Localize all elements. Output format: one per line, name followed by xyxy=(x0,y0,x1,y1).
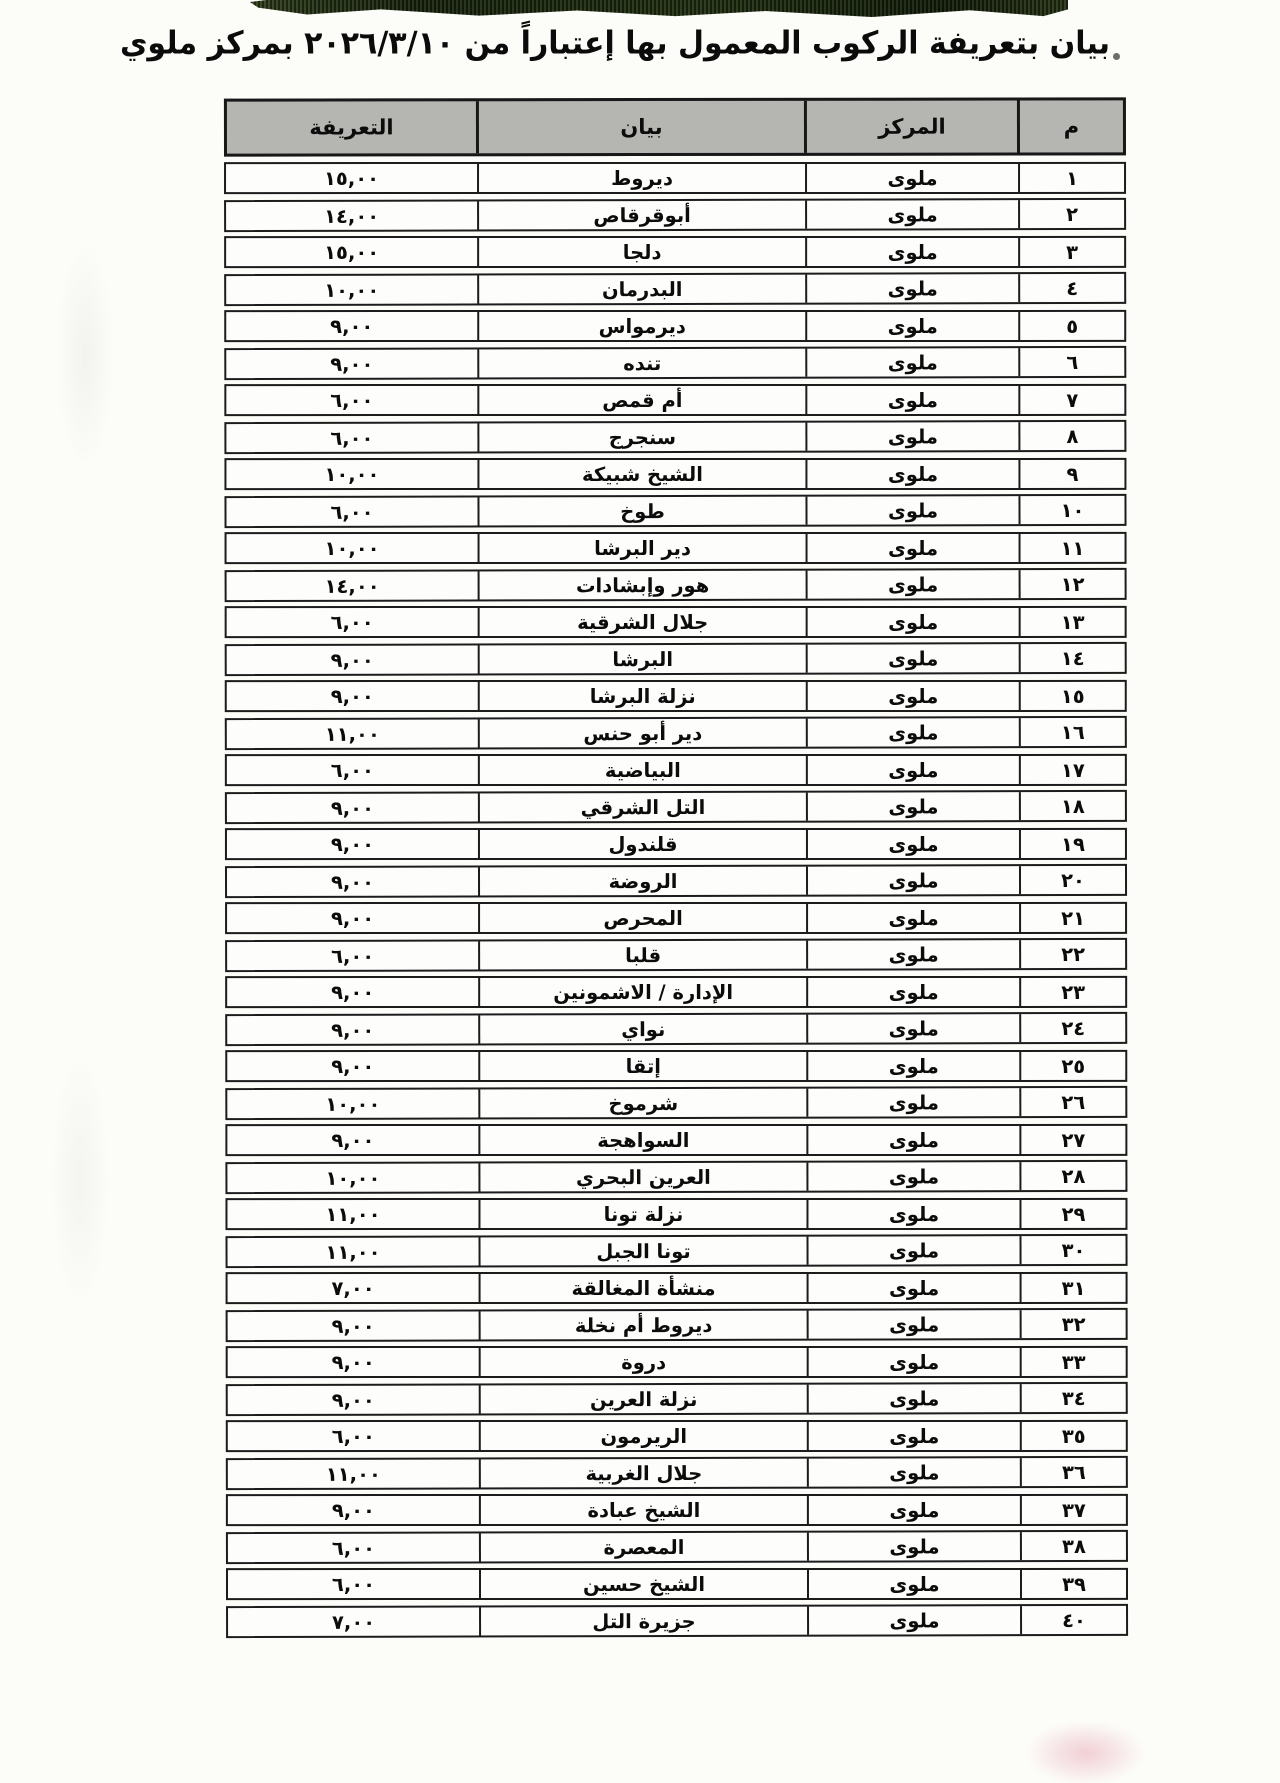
location-cell: البرشا xyxy=(478,645,806,674)
row-number-cell: ٢١ xyxy=(1019,904,1125,932)
location-cell: سنجرج xyxy=(477,423,805,452)
location-cell: أم قمص xyxy=(477,386,805,414)
table-row: ٢٨ ملوى العرين البحري ١٠,٠٠ xyxy=(225,1160,1127,1194)
center-cell: ملوى xyxy=(806,1088,1019,1117)
location-cell: الروضة xyxy=(478,867,806,896)
row-number-cell: ١٧ xyxy=(1019,756,1125,784)
row-number-cell: ٤ xyxy=(1018,274,1124,302)
location-cell: البدرمان xyxy=(477,275,805,304)
scan-margin-shading xyxy=(55,240,115,470)
table-row: ١٧ ملوى البياضية ٦,٠٠ xyxy=(225,754,1127,786)
header-fare: التعريفة xyxy=(227,101,476,153)
table-row: ١٩ ملوى قلندول ٩,٠٠ xyxy=(225,828,1127,860)
fare-cell: ٩,٠٠ xyxy=(227,978,478,1006)
center-cell: ملوى xyxy=(806,570,1019,599)
location-cell: دير البرشا xyxy=(478,534,806,562)
table-row: ٢٦ ملوى شرموخ ١٠,٠٠ xyxy=(225,1086,1127,1120)
fare-cell: ٦,٠٠ xyxy=(226,386,477,414)
location-cell: أبوقرقاص xyxy=(477,201,805,230)
location-cell: الشيخ شبيكة xyxy=(477,460,805,488)
fare-cell: ٩,٠٠ xyxy=(228,1385,479,1414)
center-cell: ملوى xyxy=(807,1458,1020,1487)
fare-cell: ٩,٠٠ xyxy=(227,830,478,858)
center-cell: ملوى xyxy=(805,386,1018,414)
row-number-cell: ٣٧ xyxy=(1020,1496,1126,1524)
center-cell: ملوى xyxy=(807,1570,1020,1598)
fare-cell: ٦,٠٠ xyxy=(227,941,478,970)
center-cell: ملوى xyxy=(805,348,1018,377)
center-cell: ملوى xyxy=(806,1052,1019,1080)
table-row: ٢٣ ملوى الإدارة / الاشمونين ٩,٠٠ xyxy=(225,976,1127,1008)
center-cell: ملوى xyxy=(805,496,1018,525)
fare-cell: ١٠,٠٠ xyxy=(227,1163,478,1192)
row-number-cell: ٣٤ xyxy=(1020,1384,1126,1412)
location-cell: دلجا xyxy=(477,238,805,266)
fare-cell: ٩,٠٠ xyxy=(226,312,477,340)
fare-cell: ١١,٠٠ xyxy=(228,1459,479,1488)
fare-cell: ١٠,٠٠ xyxy=(226,460,477,488)
fare-cell: ١١,٠٠ xyxy=(227,1200,478,1228)
location-cell: الشيخ عبادة xyxy=(479,1496,807,1524)
center-cell: ملوى xyxy=(806,608,1019,636)
fare-cell: ٩,٠٠ xyxy=(228,1311,479,1340)
table-row: ٢٠ ملوى الروضة ٩,٠٠ xyxy=(225,864,1127,898)
table-row: ١٥ ملوى نزلة البرشا ٩,٠٠ xyxy=(225,680,1127,712)
fare-cell: ٩,٠٠ xyxy=(226,349,477,378)
row-number-cell: ٢٧ xyxy=(1019,1126,1125,1154)
location-cell: طوخ xyxy=(477,497,805,526)
center-cell: ملوى xyxy=(807,1274,1020,1302)
table-row: ٣٩ ملوى الشيخ حسين ٦,٠٠ xyxy=(226,1568,1128,1600)
fare-cell: ١١,٠٠ xyxy=(227,719,478,748)
row-number-cell: ١ xyxy=(1018,164,1124,192)
fare-cell: ١٥,٠٠ xyxy=(226,238,477,266)
row-number-cell: ٣١ xyxy=(1020,1274,1126,1302)
center-cell: ملوى xyxy=(805,200,1018,229)
center-cell: ملوى xyxy=(807,1310,1020,1339)
scan-margin-shading xyxy=(50,1050,110,1310)
location-cell: جزيرة التل xyxy=(479,1607,807,1636)
center-cell: ملوى xyxy=(805,238,1018,266)
location-cell: نزلة تونا xyxy=(478,1200,806,1228)
center-cell: ملوى xyxy=(805,422,1018,451)
row-number-cell: ٢٩ xyxy=(1019,1200,1125,1228)
table-row: ٣١ ملوى منشأة المغالقة ٧,٠٠ xyxy=(226,1272,1128,1304)
row-number-cell: ٧ xyxy=(1018,386,1124,414)
scan-artifact-green-strip xyxy=(250,0,1068,17)
location-cell: قلندول xyxy=(478,830,806,858)
center-cell: ملوى xyxy=(806,1126,1019,1154)
center-cell: ملوى xyxy=(806,644,1019,673)
row-number-cell: ١٥ xyxy=(1019,682,1125,710)
center-cell: ملوى xyxy=(806,1014,1019,1043)
center-cell: ملوى xyxy=(806,830,1019,858)
center-cell: ملوى xyxy=(807,1422,1020,1450)
table-row: ٦ ملوى تنده ٩,٠٠ xyxy=(224,346,1126,380)
location-cell: تنده xyxy=(477,349,805,378)
fare-cell: ٩,٠٠ xyxy=(227,645,478,674)
fare-cell: ٦,٠٠ xyxy=(227,756,478,784)
scanned-document-page: { "page": { "title": "بيان بتعريفة الركو… xyxy=(0,0,1280,1783)
location-cell: المحرص xyxy=(478,904,806,932)
table-row: ٣ ملوى دلجا ١٥,٠٠ xyxy=(224,236,1126,268)
location-cell: الشيخ حسين xyxy=(479,1570,807,1598)
fare-cell: ٦,٠٠ xyxy=(228,1570,479,1598)
row-number-cell: ٣٣ xyxy=(1020,1348,1126,1376)
fare-cell: ٦,٠٠ xyxy=(226,497,477,526)
table-row: ٢١ ملوى المحرص ٩,٠٠ xyxy=(225,902,1127,934)
center-cell: ملوى xyxy=(807,1496,1020,1524)
location-cell: البياضية xyxy=(478,756,806,784)
table-row: ٣٤ ملوى نزلة العرين ٩,٠٠ xyxy=(226,1382,1128,1416)
center-cell: ملوى xyxy=(806,534,1019,562)
scan-speck xyxy=(1113,53,1120,60)
fare-cell: ٩,٠٠ xyxy=(228,1348,479,1376)
table-row: ٣٢ ملوى ديروط أم نخلة ٩,٠٠ xyxy=(226,1308,1128,1342)
fare-cell: ٩,٠٠ xyxy=(227,1126,478,1154)
table-row: ١٦ ملوى دير أبو حنس ١١,٠٠ xyxy=(225,716,1127,750)
location-cell: ديرمواس xyxy=(477,312,805,340)
table-row: ٣٨ ملوى المعصرة ٦,٠٠ xyxy=(226,1530,1128,1564)
table-row: ٣٦ ملوى جلال الغربية ١١,٠٠ xyxy=(226,1456,1128,1490)
fare-cell: ١٠,٠٠ xyxy=(227,534,478,562)
location-cell: ديروط xyxy=(477,164,805,192)
table-row: ٢٤ ملوى نواي ٩,٠٠ xyxy=(225,1012,1127,1046)
fare-cell: ١٠,٠٠ xyxy=(227,1089,478,1118)
table-row: ١٠ ملوى طوخ ٦,٠٠ xyxy=(224,494,1126,528)
row-number-cell: ٩ xyxy=(1018,460,1124,488)
location-cell: ديروط أم نخلة xyxy=(479,1311,807,1340)
row-number-cell: ٦ xyxy=(1018,348,1124,376)
row-number-cell: ١٣ xyxy=(1019,608,1125,636)
table-row: ١٨ ملوى التل الشرقي ٩,٠٠ xyxy=(225,790,1127,824)
location-cell: الإدارة / الاشمونين xyxy=(478,978,806,1006)
table-row: ٧ ملوى أم قمص ٦,٠٠ xyxy=(224,384,1126,416)
row-number-cell: ٤٠ xyxy=(1020,1606,1126,1634)
center-cell: ملوى xyxy=(806,792,1019,821)
scan-pink-smudge xyxy=(1028,1722,1143,1783)
table-row: ١٣ ملوى جلال الشرقية ٦,٠٠ xyxy=(225,606,1127,638)
row-number-cell: ١٨ xyxy=(1019,792,1125,820)
fare-cell: ١٤,٠٠ xyxy=(226,201,477,230)
location-cell: شرموخ xyxy=(478,1089,806,1118)
center-cell: ملوى xyxy=(805,274,1018,303)
location-cell: العرين البحري xyxy=(478,1163,806,1192)
center-cell: ملوى xyxy=(805,460,1018,488)
row-number-cell: ١٩ xyxy=(1019,830,1125,858)
location-cell: دروة xyxy=(479,1348,807,1376)
location-cell: نواي xyxy=(478,1015,806,1044)
fare-cell: ١٠,٠٠ xyxy=(226,275,477,304)
table-row: ٢٢ ملوى قلبا ٦,٠٠ xyxy=(225,938,1127,972)
location-cell: نزلة العرين xyxy=(479,1385,807,1414)
table-row: ١٤ ملوى البرشا ٩,٠٠ xyxy=(225,642,1127,676)
header-center: المركز xyxy=(804,101,1017,153)
fare-table: م المركز بيان التعريفة ١ ملوى ديروط ١٥,٠… xyxy=(224,97,1128,1642)
fare-cell: ٩,٠٠ xyxy=(227,1015,478,1044)
table-row: ٥ ملوى ديرمواس ٩,٠٠ xyxy=(224,310,1126,342)
fare-cell: ٧,٠٠ xyxy=(228,1274,479,1302)
row-number-cell: ٢٠ xyxy=(1019,866,1125,894)
row-number-cell: ١٤ xyxy=(1019,644,1125,672)
fare-cell: ١٥,٠٠ xyxy=(226,164,477,192)
location-cell: تونا الجبل xyxy=(478,1237,806,1266)
center-cell: ملوى xyxy=(806,756,1019,784)
row-number-cell: ٢٤ xyxy=(1019,1014,1125,1042)
fare-cell: ٩,٠٠ xyxy=(227,904,478,932)
row-number-cell: ٢٦ xyxy=(1019,1088,1125,1116)
row-number-cell: ٢٨ xyxy=(1019,1162,1125,1190)
table-row: ٢٧ ملوى السواهجة ٩,٠٠ xyxy=(225,1124,1127,1156)
document-title: بيان بتعريفة الركوب المعمول بها إعتباراً… xyxy=(175,25,1110,62)
table-row: ٣٠ ملوى تونا الجبل ١١,٠٠ xyxy=(225,1234,1127,1268)
center-cell: ملوى xyxy=(806,1200,1019,1228)
center-cell: ملوى xyxy=(806,904,1019,932)
location-cell: نزلة البرشا xyxy=(478,682,806,710)
center-cell: ملوى xyxy=(807,1384,1020,1413)
row-number-cell: ٥ xyxy=(1018,312,1124,340)
table-row: ٨ ملوى سنجرج ٦,٠٠ xyxy=(224,420,1126,454)
table-row: ١٢ ملوى هور وإبشادات ١٤,٠٠ xyxy=(225,568,1127,602)
row-number-cell: ٣٠ xyxy=(1019,1236,1125,1264)
table-row: ٣٥ ملوى الريرمون ٦,٠٠ xyxy=(226,1420,1128,1452)
location-cell: السواهجة xyxy=(478,1126,806,1154)
location-cell: هور وإبشادات xyxy=(478,571,806,600)
row-number-cell: ١٢ xyxy=(1019,570,1125,598)
table-row: ٢ ملوى أبوقرقاص ١٤,٠٠ xyxy=(224,198,1126,232)
row-number-cell: ٢ xyxy=(1018,200,1124,228)
center-cell: ملوى xyxy=(806,682,1019,710)
center-cell: ملوى xyxy=(805,164,1018,192)
table-row: ٣٣ ملوى دروة ٩,٠٠ xyxy=(226,1346,1128,1378)
table-row: ٣٧ ملوى الشيخ عبادة ٩,٠٠ xyxy=(226,1494,1128,1526)
table-header-row: م المركز بيان التعريفة xyxy=(224,97,1126,156)
fare-cell: ٦,٠٠ xyxy=(228,1422,479,1450)
row-number-cell: ٣٢ xyxy=(1020,1310,1126,1338)
row-number-cell: ٢٢ xyxy=(1019,940,1125,968)
row-number-cell: ٣٩ xyxy=(1020,1570,1126,1598)
fare-cell: ٧,٠٠ xyxy=(228,1607,479,1636)
center-cell: ملوى xyxy=(806,940,1019,969)
location-cell: جلال الشرقية xyxy=(478,608,806,636)
table-row: ١ ملوى ديروط ١٥,٠٠ xyxy=(224,162,1126,194)
table-row: ٢٩ ملوى نزلة تونا ١١,٠٠ xyxy=(225,1198,1127,1230)
row-number-cell: ١١ xyxy=(1019,534,1125,562)
fare-cell: ٦,٠٠ xyxy=(227,608,478,636)
location-cell: منشأة المغالقة xyxy=(479,1274,807,1302)
fare-cell: ٦,٠٠ xyxy=(228,1533,479,1562)
table-row: ٤٠ ملوى جزيرة التل ٧,٠٠ xyxy=(226,1604,1128,1638)
row-number-cell: ٢٥ xyxy=(1019,1052,1125,1080)
table-row: ٤ ملوى البدرمان ١٠,٠٠ xyxy=(224,272,1126,306)
row-number-cell: ٣٥ xyxy=(1020,1422,1126,1450)
header-number: م xyxy=(1017,100,1123,152)
fare-cell: ٩,٠٠ xyxy=(227,1052,478,1080)
location-cell: جلال الغربية xyxy=(479,1459,807,1488)
location-cell: دير أبو حنس xyxy=(478,719,806,748)
row-number-cell: ١٠ xyxy=(1018,496,1124,524)
row-number-cell: ٣٨ xyxy=(1020,1532,1126,1560)
location-cell: قلبا xyxy=(478,941,806,970)
row-number-cell: ٢٣ xyxy=(1019,978,1125,1006)
center-cell: ملوى xyxy=(806,1236,1019,1265)
fare-cell: ٩,٠٠ xyxy=(227,793,478,822)
location-cell: الريرمون xyxy=(479,1422,807,1450)
center-cell: ملوى xyxy=(807,1532,1020,1561)
fare-cell: ١١,٠٠ xyxy=(227,1237,478,1266)
center-cell: ملوى xyxy=(806,1162,1019,1191)
location-cell: إتقا xyxy=(478,1052,806,1080)
center-cell: ملوى xyxy=(806,866,1019,895)
center-cell: ملوى xyxy=(807,1348,1020,1376)
table-row: ١١ ملوى دير البرشا ١٠,٠٠ xyxy=(225,532,1127,564)
fare-cell: ٩,٠٠ xyxy=(227,682,478,710)
header-location: بيان xyxy=(476,101,804,153)
row-number-cell: ٨ xyxy=(1018,422,1124,450)
fare-cell: ٩,٠٠ xyxy=(228,1496,479,1524)
fare-cell: ٦,٠٠ xyxy=(226,423,477,452)
center-cell: ملوى xyxy=(806,978,1019,1006)
row-number-cell: ٣٦ xyxy=(1020,1458,1126,1486)
table-body: ١ ملوى ديروط ١٥,٠٠ ٢ ملوى أبوقرقاص ١٤,٠٠… xyxy=(224,161,1128,1637)
center-cell: ملوى xyxy=(806,718,1019,747)
fare-cell: ٩,٠٠ xyxy=(227,867,478,896)
fare-cell: ١٤,٠٠ xyxy=(227,571,478,600)
table-row: ٩ ملوى الشيخ شبيكة ١٠,٠٠ xyxy=(224,458,1126,490)
table-row: ٢٥ ملوى إتقا ٩,٠٠ xyxy=(225,1050,1127,1082)
row-number-cell: ٣ xyxy=(1018,238,1124,266)
location-cell: المعصرة xyxy=(479,1533,807,1562)
center-cell: ملوى xyxy=(807,1606,1020,1635)
location-cell: التل الشرقي xyxy=(478,793,806,822)
row-number-cell: ١٦ xyxy=(1019,718,1125,746)
center-cell: ملوى xyxy=(805,312,1018,340)
